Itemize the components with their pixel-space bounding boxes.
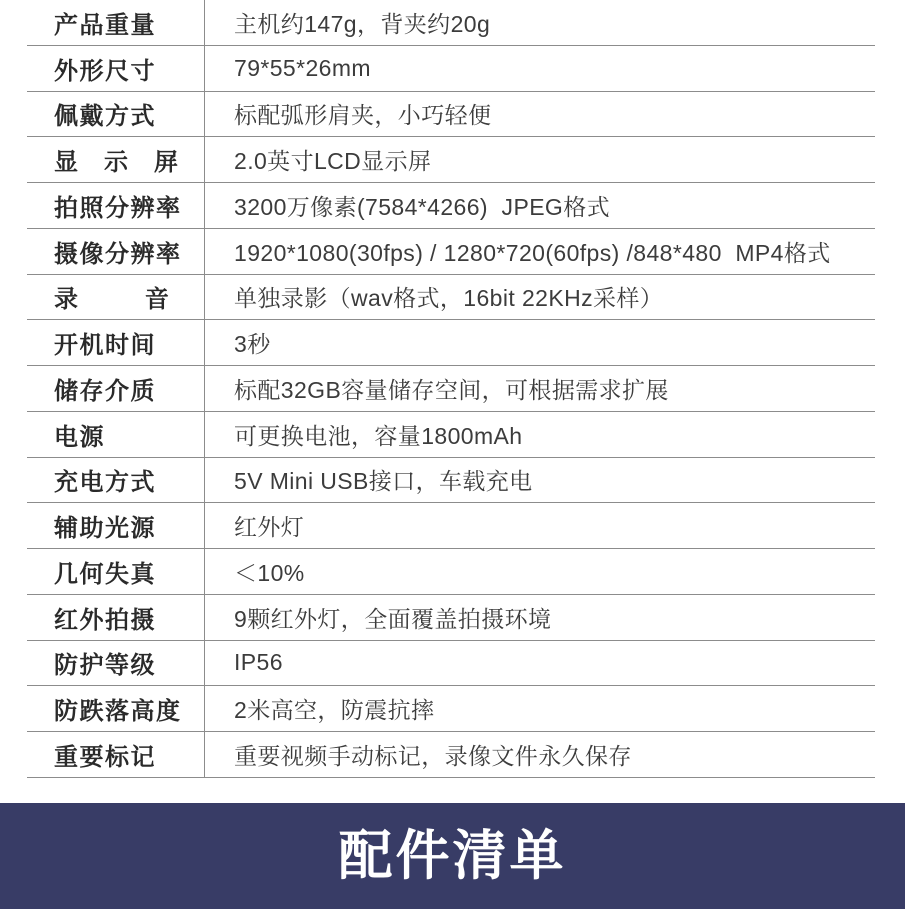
spec-value: 单独录影（wav格式，16bit 22KHz采样） [205, 275, 875, 320]
spec-label: 防跌落高度 [27, 686, 205, 731]
spec-value: 2米高空，防震抗摔 [205, 686, 875, 731]
table-row: 拍照分辨率3200万像素(7584*4266) JPEG格式 [27, 183, 875, 229]
spec-label: 储存介质 [27, 366, 205, 411]
table-row: 红外拍摄9颗红外灯，全面覆盖拍摄环境 [27, 595, 875, 641]
spec-label: 拍照分辨率 [27, 183, 205, 228]
spec-value: 红外灯 [205, 503, 875, 548]
table-row: 佩戴方式标配弧形肩夹，小巧轻便 [27, 92, 875, 138]
spec-value: 标配32GB容量储存空间，可根据需求扩展 [205, 366, 875, 411]
spec-value: 5V Mini USB接口，车载充电 [205, 458, 875, 503]
spec-value: 标配弧形肩夹，小巧轻便 [205, 92, 875, 137]
spec-label: 防护等级 [27, 641, 205, 686]
accessories-banner-title: 配件清单 [339, 829, 567, 883]
spec-value: IP56 [205, 641, 875, 686]
spec-label: 电源 [27, 412, 205, 457]
spec-value: 可更换电池，容量1800mAh [205, 412, 875, 457]
table-row: 重要标记重要视频手动标记，录像文件永久保存 [27, 732, 875, 778]
spec-label: 开机时间 [27, 320, 205, 365]
table-row: 电源可更换电池，容量1800mAh [27, 412, 875, 458]
table-row: 几何失真＜10% [27, 549, 875, 595]
spec-value: 重要视频手动标记，录像文件永久保存 [205, 732, 875, 777]
table-row: 摄像分辨率1920*1080(30fps) / 1280*720(60fps) … [27, 229, 875, 275]
table-row: 显 示 屏2.0英寸LCD显示屏 [27, 137, 875, 183]
table-row: 充电方式5V Mini USB接口，车载充电 [27, 458, 875, 504]
spec-value: 主机约147g，背夹约20g [205, 0, 875, 45]
spec-label: 几何失真 [27, 549, 205, 594]
table-row: 防护等级IP56 [27, 641, 875, 687]
spec-value: 9颗红外灯，全面覆盖拍摄环境 [205, 595, 875, 640]
table-row: 外形尺寸79*55*26mm [27, 46, 875, 92]
spec-value: ＜10% [205, 549, 875, 594]
spec-value: 79*55*26mm [205, 46, 875, 91]
spec-label: 红外拍摄 [27, 595, 205, 640]
table-row: 录 音单独录影（wav格式，16bit 22KHz采样） [27, 275, 875, 321]
spec-label: 录 音 [27, 275, 205, 320]
spec-label: 产品重量 [27, 0, 205, 45]
spec-label: 佩戴方式 [27, 92, 205, 137]
spec-value: 1920*1080(30fps) / 1280*720(60fps) /848*… [205, 229, 875, 274]
spec-label: 充电方式 [27, 458, 205, 503]
spec-label: 辅助光源 [27, 503, 205, 548]
spec-value: 2.0英寸LCD显示屏 [205, 137, 875, 182]
spec-label: 重要标记 [27, 732, 205, 777]
accessories-banner: 配件清单 [0, 803, 905, 909]
spec-label: 外形尺寸 [27, 46, 205, 91]
spec-table: 产品重量主机约147g，背夹约20g外形尺寸79*55*26mm佩戴方式标配弧形… [27, 0, 875, 778]
table-row: 储存介质标配32GB容量储存空间，可根据需求扩展 [27, 366, 875, 412]
spec-value: 3秒 [205, 320, 875, 365]
spec-value: 3200万像素(7584*4266) JPEG格式 [205, 183, 875, 228]
table-row: 开机时间3秒 [27, 320, 875, 366]
spec-label: 摄像分辨率 [27, 229, 205, 274]
table-row: 防跌落高度2米高空，防震抗摔 [27, 686, 875, 732]
table-row: 辅助光源红外灯 [27, 503, 875, 549]
product-spec-page: 产品重量主机约147g，背夹约20g外形尺寸79*55*26mm佩戴方式标配弧形… [0, 0, 905, 909]
table-row: 产品重量主机约147g，背夹约20g [27, 0, 875, 46]
spec-label: 显 示 屏 [27, 137, 205, 182]
